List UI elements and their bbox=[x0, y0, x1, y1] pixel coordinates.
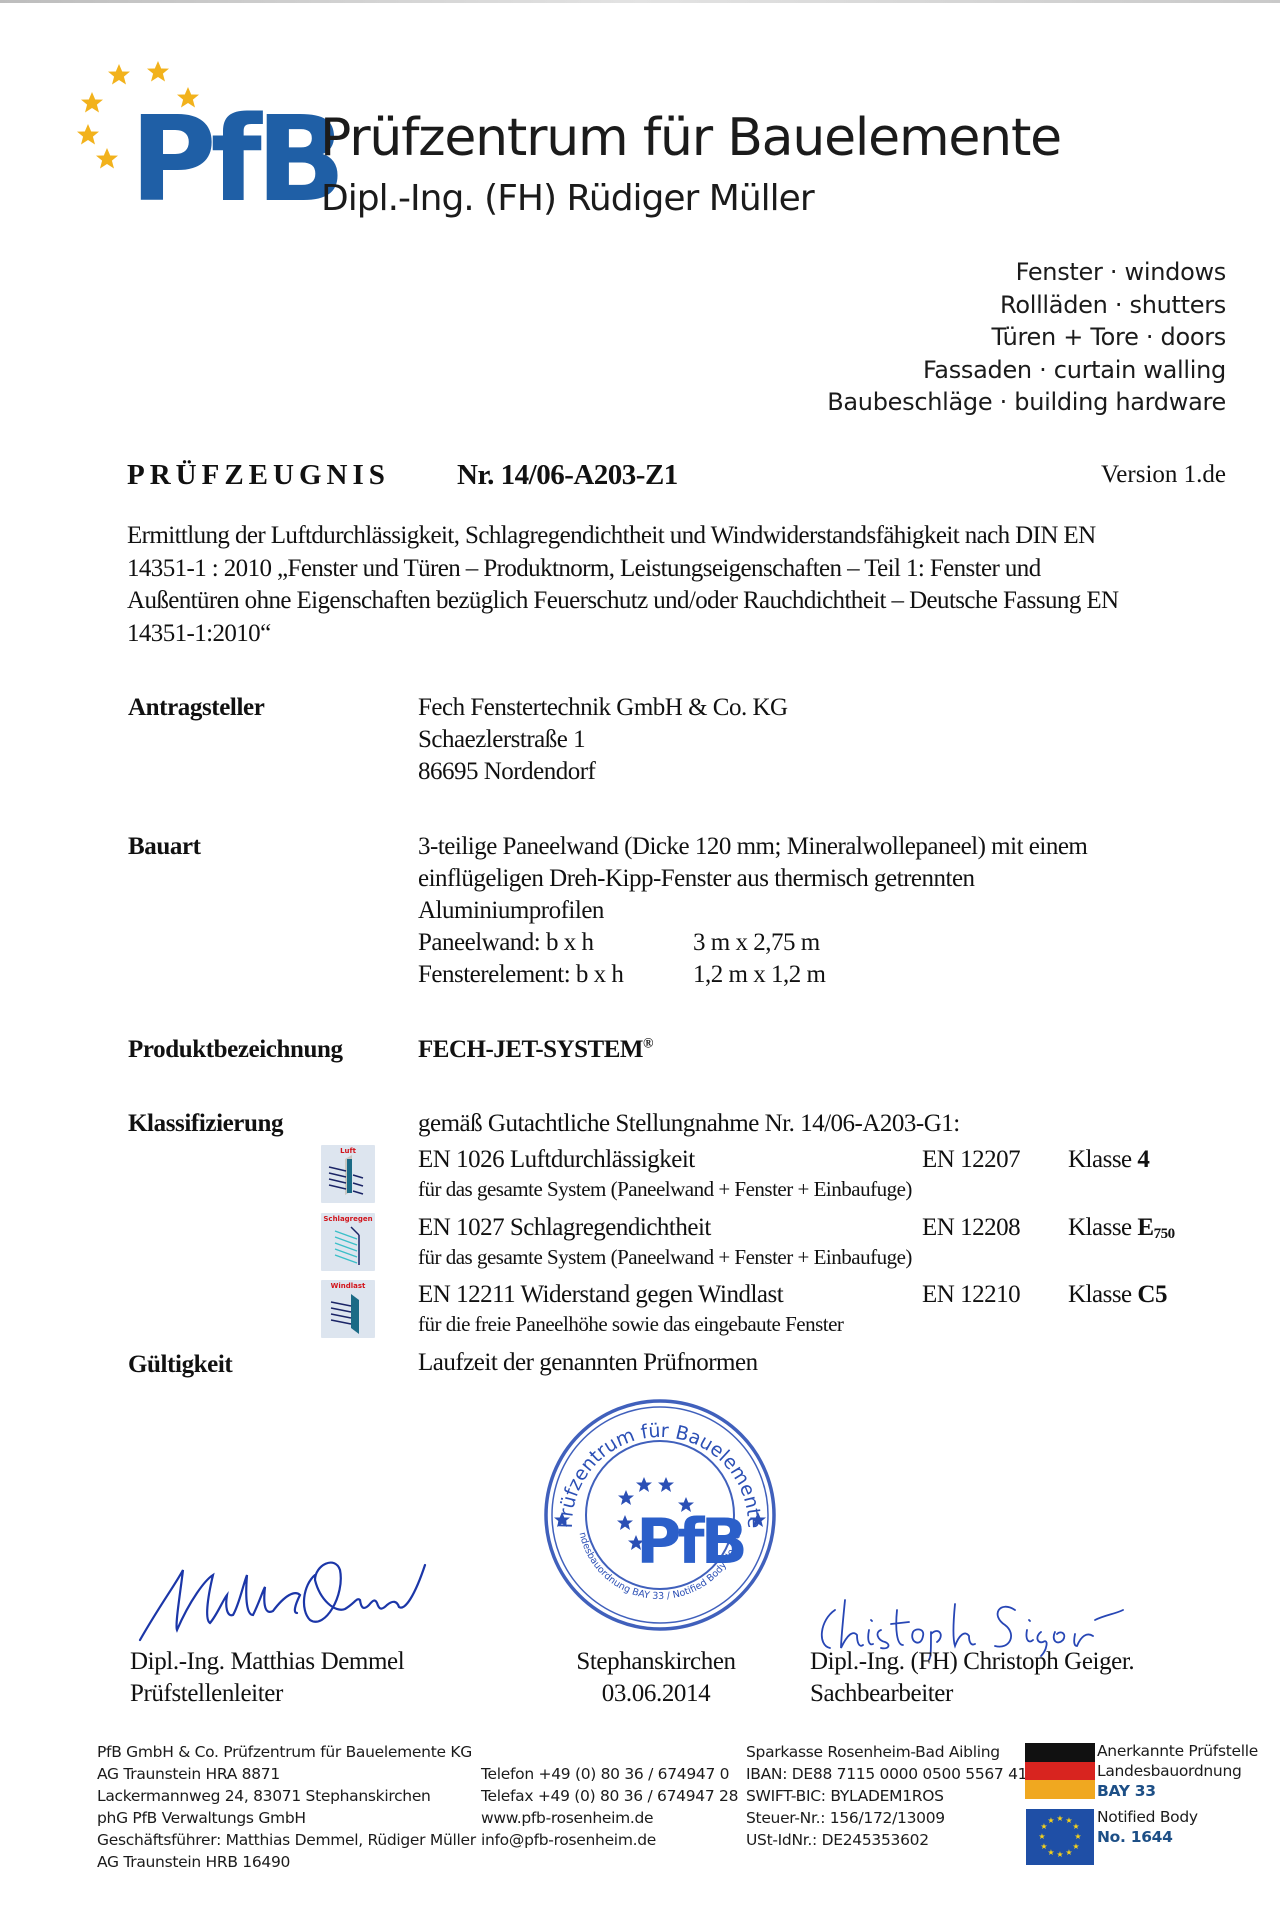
footer-contact: Telefon +49 (0) 80 36 / 674947 0 Telefax… bbox=[481, 1763, 738, 1851]
footer-line: Steuer-Nr.: 156/172/13009 bbox=[746, 1807, 1027, 1829]
rain-diagram-icon bbox=[321, 1213, 375, 1271]
signature-date: 03.06.2014 bbox=[566, 1680, 746, 1708]
class-prefix: Klasse bbox=[1068, 1281, 1137, 1308]
svg-text:★: ★ bbox=[1047, 1816, 1054, 1825]
validity-value: Laufzeit der genannten Prüfnormen bbox=[418, 1349, 758, 1377]
dimension-value: 1,2 m x 1,2 m bbox=[693, 961, 825, 989]
footer-line: Lackermannweg 24, 83071 Stephanskirchen bbox=[97, 1785, 476, 1807]
intro-line: 14351-1:2010“ bbox=[127, 618, 1237, 651]
service-item: Fenster · windows bbox=[827, 256, 1226, 289]
dimension-value: 3 m x 2,75 m bbox=[693, 929, 820, 957]
footer-line: AG Traunstein HRA 8871 bbox=[97, 1763, 476, 1785]
scan-top-edge bbox=[0, 0, 1280, 3]
driving-rain-icon: Schlagregen bbox=[321, 1213, 375, 1271]
recognized-lab-badge: Anerkannte Prüfstelle Landesbauordnung B… bbox=[1097, 1741, 1258, 1801]
air-diagram-icon bbox=[321, 1145, 375, 1203]
svg-text:★: ★ bbox=[1038, 1832, 1045, 1841]
class-prefix: Klasse bbox=[1068, 1214, 1137, 1241]
signature-demmel-icon bbox=[135, 1545, 455, 1645]
pfb-logo: PfB bbox=[70, 50, 310, 225]
product-name: FECH-JET-SYSTEM® bbox=[418, 1036, 653, 1064]
classification-standard: EN 12211 Widerstand gegen Windlast bbox=[418, 1281, 783, 1309]
signer-left-role: Prüfstellenleiter bbox=[130, 1680, 283, 1708]
footer-line: PfB GmbH & Co. Prüfzentrum für Bauelemen… bbox=[97, 1741, 476, 1763]
footer-line: Geschäftsführer: Matthias Demmel, Rüdige… bbox=[97, 1829, 476, 1851]
applicant-label: Antragsteller bbox=[128, 694, 264, 722]
air-permeability-icon: Luft bbox=[321, 1145, 375, 1203]
badge-line: Notified Body bbox=[1097, 1807, 1198, 1827]
applicant-line: Fech Fenstertechnik GmbH & Co. KG bbox=[418, 694, 788, 722]
classification-norm: EN 12208 bbox=[922, 1214, 1020, 1242]
document-intro: Ermittlung der Luftdurchlässigkeit, Schl… bbox=[127, 520, 1237, 650]
svg-text:★: ★ bbox=[1047, 1848, 1054, 1857]
footer-phone: Telefon +49 (0) 80 36 / 674947 0 bbox=[481, 1763, 738, 1785]
svg-text:★: ★ bbox=[1074, 1832, 1081, 1841]
footer-line: USt-IdNr.: DE245353602 bbox=[746, 1829, 1027, 1851]
document-number: Nr. 14/06-A203-Z1 bbox=[457, 459, 678, 492]
eu-flag-icon: ★★★★ ★★★★ ★★★★ bbox=[1026, 1809, 1094, 1865]
construction-line: einflügeligen Dreh-Kipp-Fenster aus ther… bbox=[418, 865, 975, 893]
service-item: Türen + Tore · doors bbox=[827, 321, 1226, 354]
intro-line: Ermittlung der Luftdurchlässigkeit, Schl… bbox=[127, 520, 1237, 553]
applicant-line: Schaezlerstraße 1 bbox=[418, 726, 585, 754]
class-value: E bbox=[1137, 1214, 1153, 1241]
signer-right-role: Sachbearbeiter bbox=[810, 1680, 953, 1708]
svg-text:★: ★ bbox=[1056, 1814, 1063, 1823]
signer-left-name: Dipl.-Ing. Matthias Demmel bbox=[130, 1648, 404, 1676]
footer-website-link[interactable]: www.pfb-rosenheim.de bbox=[481, 1807, 738, 1829]
badge-line: No. 1644 bbox=[1097, 1827, 1198, 1847]
footer-fax: Telefax +49 (0) 80 36 / 674947 28 bbox=[481, 1785, 738, 1807]
registered-mark: ® bbox=[643, 1037, 653, 1052]
product-value: FECH-JET-SYSTEM bbox=[418, 1036, 643, 1063]
dimension-name: Paneelwand: b x h bbox=[418, 929, 593, 957]
product-label: Produktbezeichnung bbox=[128, 1036, 343, 1064]
svg-text:★: ★ bbox=[1072, 1822, 1079, 1831]
classification-standard: EN 1027 Schlagregendichtheit bbox=[418, 1214, 711, 1242]
svg-text:★: ★ bbox=[1056, 1850, 1063, 1859]
official-stamp: Prüfzentrum für Bauelemente Landesbauord… bbox=[540, 1395, 780, 1635]
wind-diagram-icon bbox=[321, 1280, 375, 1338]
classification-norm: EN 12210 bbox=[922, 1281, 1020, 1309]
signature-place: Stephanskirchen bbox=[566, 1648, 746, 1676]
service-item: Fassaden · curtain walling bbox=[827, 354, 1226, 387]
svg-text:★: ★ bbox=[1072, 1842, 1079, 1851]
logo-wordmark: PfB bbox=[130, 100, 340, 218]
validity-label: Gültigkeit bbox=[128, 1351, 232, 1379]
service-item: Baubeschläge · building hardware bbox=[827, 386, 1226, 419]
class-value: C5 bbox=[1137, 1281, 1167, 1308]
footer-line: AG Traunstein HRB 16490 bbox=[97, 1851, 476, 1873]
intro-line: 14351-1 : 2010 „Fenster und Türen – Prod… bbox=[127, 553, 1237, 586]
german-flag-icon bbox=[1025, 1743, 1095, 1799]
classification-note: für das gesamte System (Paneelwand + Fen… bbox=[418, 1245, 912, 1270]
service-list: Fenster · windows Rollläden · shutters T… bbox=[827, 256, 1226, 419]
classification-note: für die freie Paneelhöhe sowie das einge… bbox=[418, 1312, 843, 1337]
svg-text:PfB: PfB bbox=[636, 1505, 744, 1578]
notified-body-badge: Notified Body No. 1644 bbox=[1097, 1807, 1198, 1847]
dimension-name: Fensterelement: b x h bbox=[418, 961, 623, 989]
classification-standard: EN 1026 Luftdurchlässigkeit bbox=[418, 1146, 695, 1174]
classification-class: Klasse 4 bbox=[1068, 1146, 1149, 1175]
footer-line: phG PfB Verwaltungs GmbH bbox=[97, 1807, 476, 1829]
footer-line: SWIFT-BIC: BYLADEM1ROS bbox=[746, 1785, 1027, 1807]
applicant-line: 86695 Nordendorf bbox=[418, 758, 595, 786]
classification-label: Klassifizierung bbox=[128, 1110, 283, 1138]
svg-text:★: ★ bbox=[1065, 1848, 1072, 1857]
footer-line: Sparkasse Rosenheim-Bad Aibling bbox=[746, 1741, 1027, 1763]
class-sub: 750 bbox=[1154, 1226, 1175, 1242]
footer-bank: Sparkasse Rosenheim-Bad Aibling IBAN: DE… bbox=[746, 1741, 1027, 1851]
classification-note: für das gesamte System (Paneelwand + Fen… bbox=[418, 1177, 912, 1202]
footer-email-link[interactable]: info@pfb-rosenheim.de bbox=[481, 1829, 738, 1851]
company-name: Prüfzentrum für Bauelemente bbox=[320, 108, 1061, 168]
badge-line: BAY 33 bbox=[1097, 1781, 1258, 1801]
class-value: 4 bbox=[1137, 1146, 1149, 1173]
stamp-seal-icon: Prüfzentrum für Bauelemente Landesbauord… bbox=[540, 1395, 780, 1635]
footer-company: PfB GmbH & Co. Prüfzentrum für Bauelemen… bbox=[97, 1741, 476, 1873]
class-prefix: Klasse bbox=[1068, 1146, 1137, 1173]
intro-line: Außentüren ohne Eigenschaften bezüglich … bbox=[127, 585, 1237, 618]
construction-label: Bauart bbox=[128, 833, 201, 861]
badge-line: Anerkannte Prüfstelle bbox=[1097, 1741, 1258, 1761]
svg-text:★: ★ bbox=[1040, 1842, 1047, 1851]
document-version: Version 1.de bbox=[1101, 461, 1226, 489]
signer-right-name: Dipl.-Ing. (FH) Christoph Geiger. bbox=[810, 1648, 1134, 1676]
document-title: PRÜFZEUGNIS bbox=[127, 459, 390, 492]
construction-line: Aluminiumprofilen bbox=[418, 897, 604, 925]
footer-line: IBAN: DE88 7115 0000 0500 5567 41 bbox=[746, 1763, 1027, 1785]
wind-load-icon: Windlast bbox=[321, 1280, 375, 1338]
classification-class: Klasse E750 bbox=[1068, 1214, 1175, 1243]
classification-class: Klasse C5 bbox=[1068, 1281, 1167, 1310]
eu-stars-icon: ★★★★ ★★★★ ★★★★ bbox=[1026, 1809, 1094, 1865]
classification-intro: gemäß Gutachtliche Stellungnahme Nr. 14/… bbox=[418, 1110, 960, 1138]
construction-line: 3-teilige Paneelwand (Dicke 120 mm; Mine… bbox=[418, 833, 1087, 861]
badge-line: Landesbauordnung bbox=[1097, 1761, 1258, 1781]
classification-norm: EN 12207 bbox=[922, 1146, 1020, 1174]
service-item: Rollläden · shutters bbox=[827, 289, 1226, 322]
company-owner: Dipl.-Ing. (FH) Rüdiger Müller bbox=[321, 178, 814, 219]
